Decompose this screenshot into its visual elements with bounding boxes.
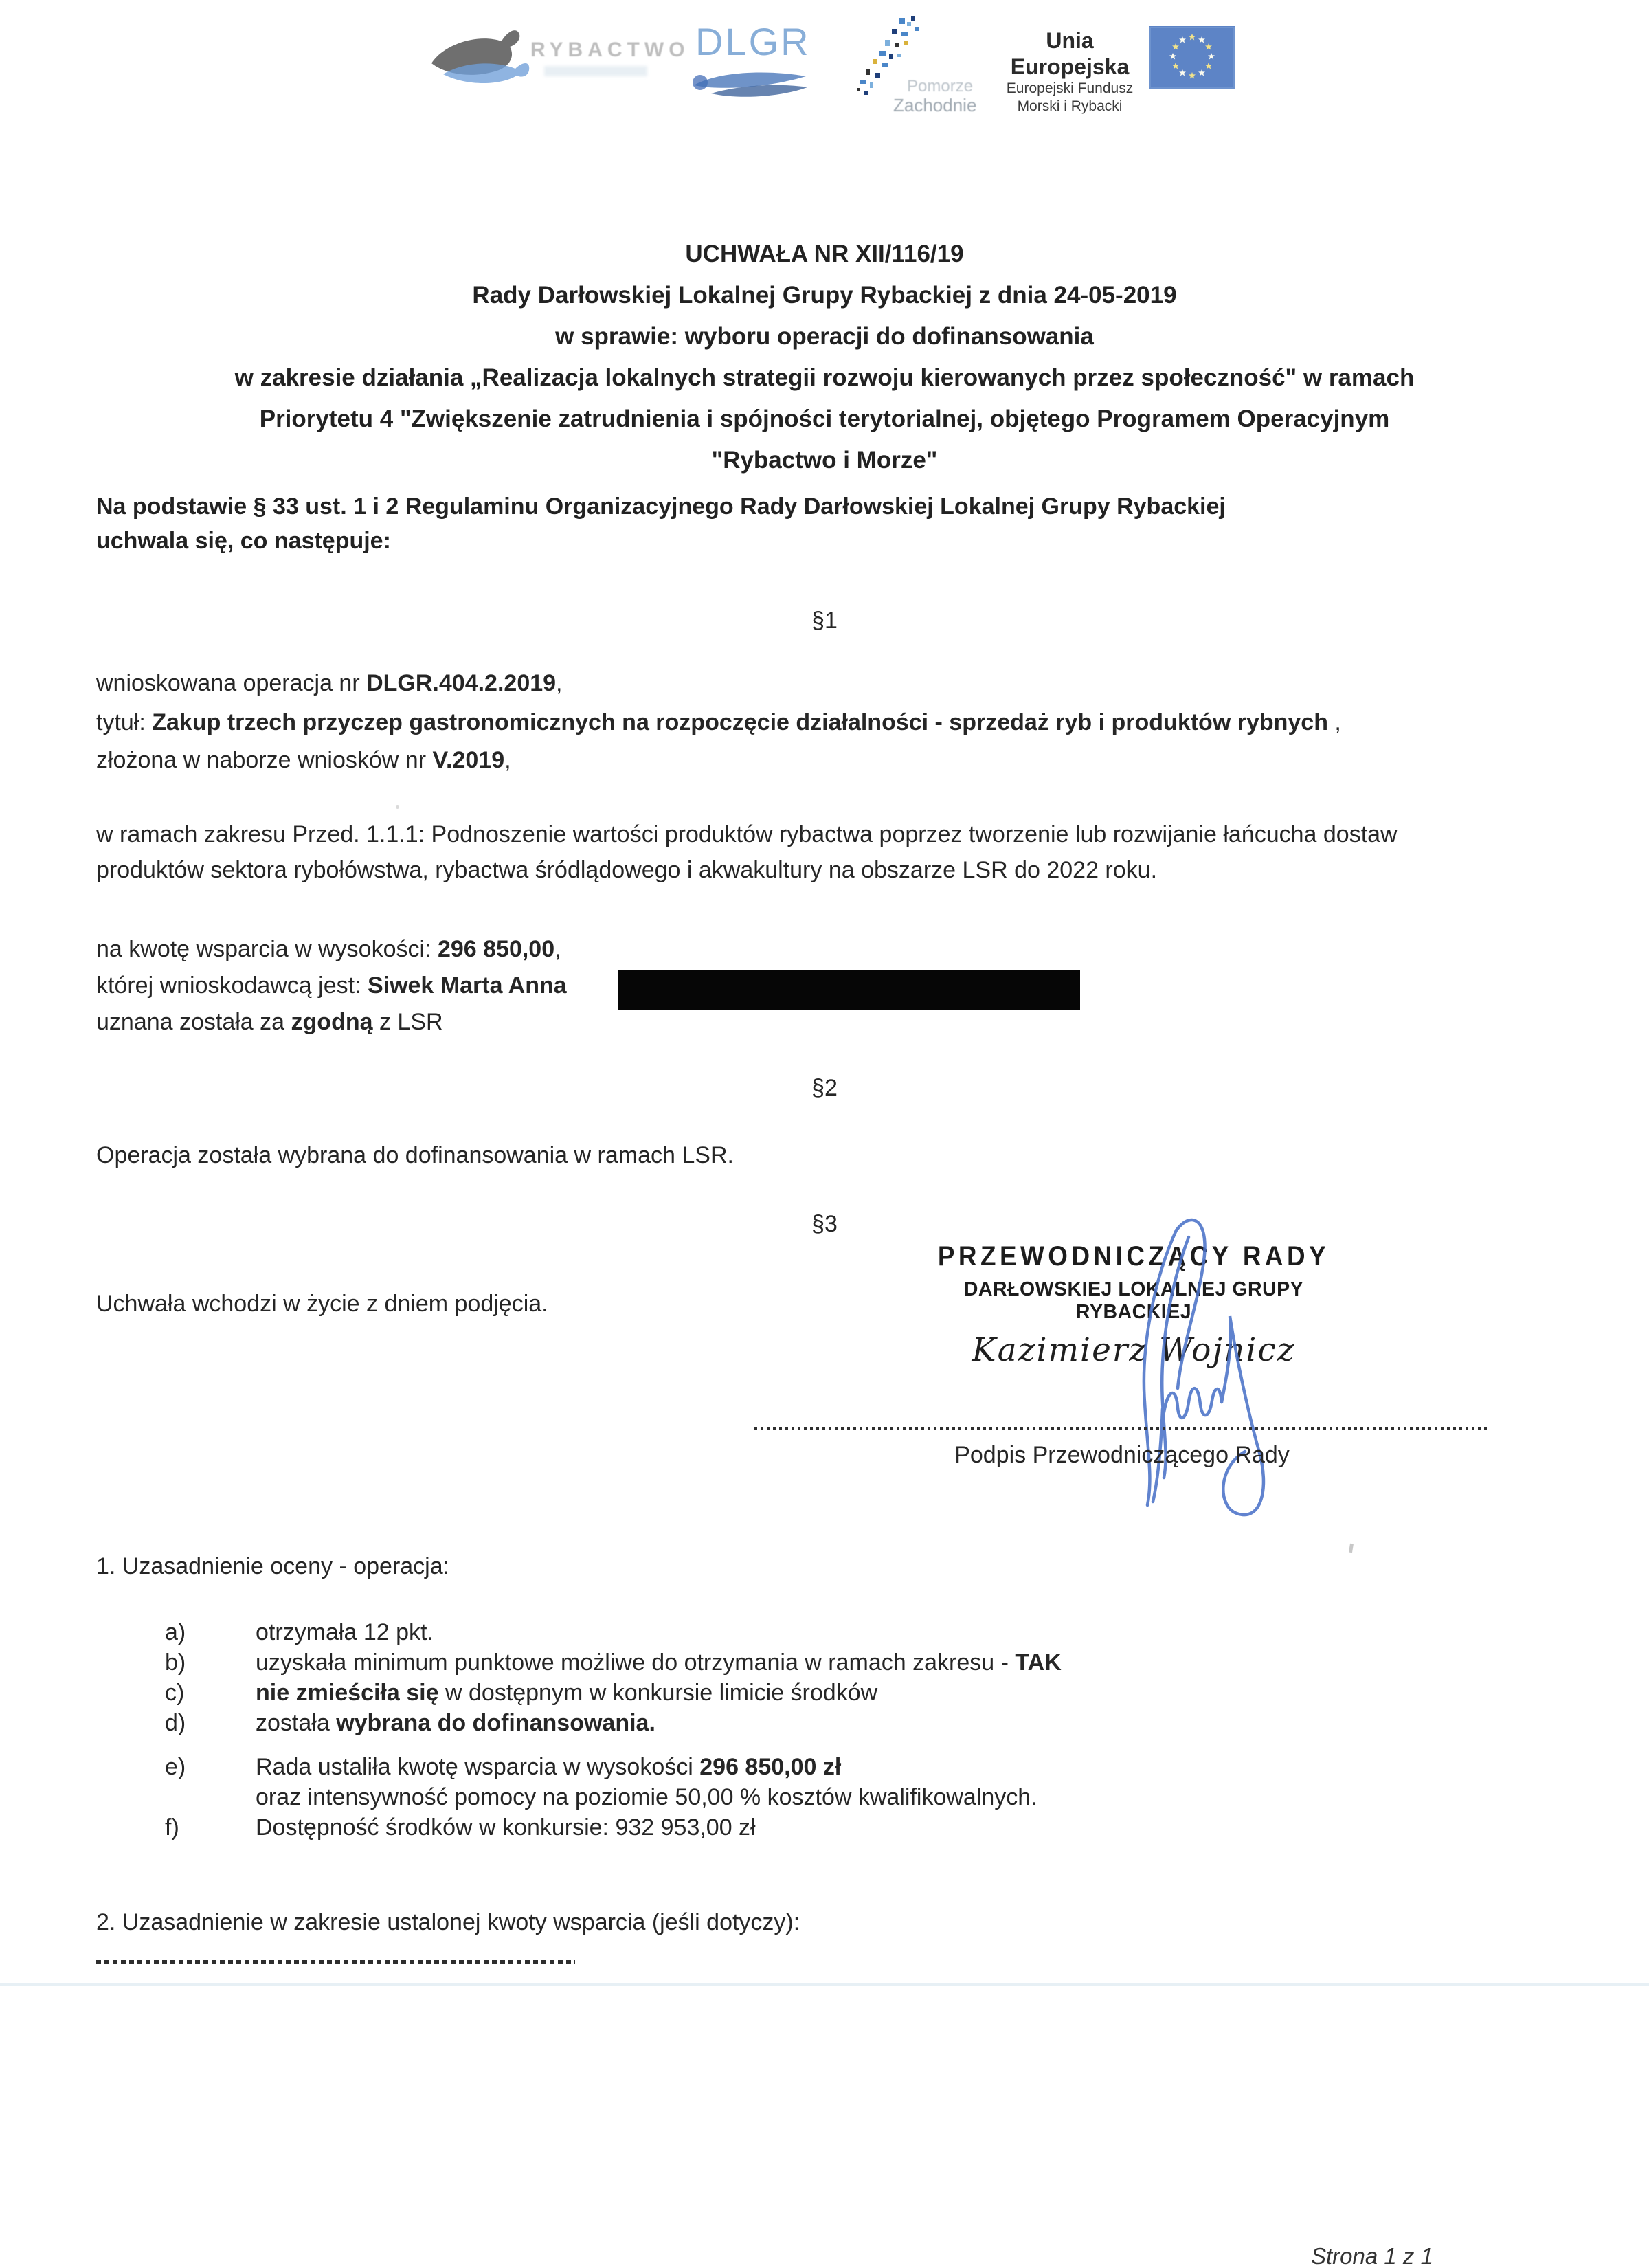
signature-dotted-line bbox=[754, 1427, 1488, 1430]
legal-basis-line2: uchwala się, co następuje: bbox=[96, 524, 1226, 558]
scanned-resolution-page: RYBACTWO DLGR Pomorze Zachodnie Unia Eur… bbox=[0, 0, 1649, 2268]
redaction-bar bbox=[618, 970, 1080, 1010]
operation-scope-line1: w ramach zakresu Przed. 1.1.1: Podnoszen… bbox=[96, 816, 1398, 852]
signature-scribble-icon bbox=[1031, 1196, 1347, 1539]
rybactwo-fish-icon bbox=[412, 21, 660, 103]
signature-caption: Podpis Przewodniczącego Rady bbox=[756, 1442, 1488, 1469]
resolution-issuer-date: Rady Darłowskiej Lokalnej Grupy Rybackie… bbox=[0, 275, 1649, 316]
item-text: została wybrana do dofinansowania. bbox=[256, 1710, 655, 1736]
rybactwo-wordmark: RYBACTWO bbox=[530, 38, 690, 62]
item-label: e) bbox=[165, 1754, 256, 1781]
legal-basis-line1: Na podstawie § 33 ust. 1 i 2 Regulaminu … bbox=[96, 489, 1226, 524]
item-text: oraz intensywność pomocy na poziomie 50,… bbox=[256, 1784, 1037, 1810]
dlgr-wave-icon bbox=[691, 69, 811, 102]
operation-number-line: wnioskowana operacja nr DLGR.404.2.2019, bbox=[96, 670, 563, 697]
justification-item-d: d)została wybrana do dofinansowania. bbox=[165, 1710, 655, 1737]
operation-applicant-line: której wnioskodawcą jest: Siwek Marta An… bbox=[96, 972, 567, 999]
eu-fund-line2: Morski i Rybacki bbox=[995, 98, 1145, 115]
justification-item-c: c)nie zmieściła się w dostępnym w konkur… bbox=[165, 1680, 877, 1706]
section-1-mark: §1 bbox=[0, 608, 1649, 634]
resolution-number: UCHWAŁA NR XII/116/19 bbox=[0, 234, 1649, 275]
legal-basis: Na podstawie § 33 ust. 1 i 2 Regulaminu … bbox=[96, 489, 1226, 558]
separator-dashes bbox=[96, 1960, 575, 1964]
justification-item-b: b)uzyskała minimum punktowe możliwe do o… bbox=[165, 1649, 1062, 1676]
justification-item-a: a)otrzymała 12 pkt. bbox=[165, 1619, 434, 1646]
item-text: otrzymała 12 pkt. bbox=[256, 1619, 434, 1645]
resolution-title-block: UCHWAŁA NR XII/116/19 Rady Darłowskiej L… bbox=[0, 234, 1649, 481]
noise-speck bbox=[396, 805, 399, 809]
item-text: Dostępność środków w konkursie: 932 953,… bbox=[256, 1814, 756, 1841]
operation-lsr-line: uznana została za zgodną z LSR bbox=[96, 1009, 443, 1036]
justification-item-e-cont: oraz intensywność pomocy na poziomie 50,… bbox=[165, 1784, 1037, 1811]
pomorze-wordmark-line1: Pomorze bbox=[907, 77, 973, 96]
eu-logo-text: Unia Europejska Europejski Fundusz Morsk… bbox=[995, 27, 1145, 115]
resolution-scope-line1: w zakresie działania „Realizacja lokalny… bbox=[0, 357, 1649, 399]
item-label: b) bbox=[165, 1649, 256, 1676]
dlgr-wordmark: DLGR bbox=[695, 19, 811, 64]
noise-speck bbox=[1349, 1544, 1354, 1553]
justification-1-heading: 1. Uzasadnienie oceny - operacja: bbox=[96, 1553, 449, 1580]
resolution-subject: w sprawie: wyboru operacji do dofinansow… bbox=[0, 316, 1649, 357]
section-3-mark: §3 bbox=[0, 1211, 1649, 1238]
item-text: uzyskała minimum punktowe możliwe do otr… bbox=[256, 1649, 1062, 1676]
section-2-mark: §2 bbox=[0, 1075, 1649, 1102]
operation-scope-paragraph: w ramach zakresu Przed. 1.1.1: Podnoszen… bbox=[96, 816, 1398, 888]
justification-2-heading: 2. Uzasadnienie w zakresie ustalonej kwo… bbox=[96, 1909, 800, 1936]
operation-amount-line: na kwotę wsparcia w wysokości: 296 850,0… bbox=[96, 936, 561, 963]
eu-title: Unia Europejska bbox=[995, 27, 1145, 80]
justification-item-f: f)Dostępność środków w konkursie: 932 95… bbox=[165, 1814, 756, 1841]
eu-flag-icon bbox=[1149, 26, 1235, 89]
pomorze-wordmark-line2: Zachodnie bbox=[893, 95, 976, 116]
operation-scope-line2: produktów sektora rybołówstwa, rybactwa … bbox=[96, 852, 1398, 888]
item-text: nie zmieściła się w dostępnym w konkursi… bbox=[256, 1680, 877, 1706]
item-label: a) bbox=[165, 1619, 256, 1646]
resolution-scope-line2: Priorytetu 4 "Zwiększenie zatrudnienia i… bbox=[0, 399, 1649, 440]
scan-artifact-line bbox=[0, 1983, 1649, 1986]
resolution-program: "Rybactwo i Morze" bbox=[0, 440, 1649, 481]
eu-fund-line1: Europejski Fundusz bbox=[995, 80, 1145, 98]
item-label: d) bbox=[165, 1710, 256, 1737]
item-label: f) bbox=[165, 1814, 256, 1841]
effective-date-text: Uchwała wchodzi w życie z dniem podjęcia… bbox=[96, 1291, 548, 1318]
page-number: Strona 1 z 1 bbox=[1311, 2243, 1433, 2268]
operation-title-line: tytuł: Zakup trzech przyczep gastronomic… bbox=[96, 709, 1341, 736]
item-text: Rada ustaliła kwotę wsparcia w wysokości… bbox=[256, 1754, 841, 1780]
operation-call-line: złożona w naborze wniosków nr V.2019, bbox=[96, 747, 511, 774]
justification-item-e: e)Rada ustaliła kwotę wsparcia w wysokoś… bbox=[165, 1754, 841, 1781]
rybactwo-sub-smudge bbox=[544, 66, 647, 76]
item-label: c) bbox=[165, 1680, 256, 1706]
section-2-text: Operacja została wybrana do dofinansowan… bbox=[96, 1142, 734, 1169]
